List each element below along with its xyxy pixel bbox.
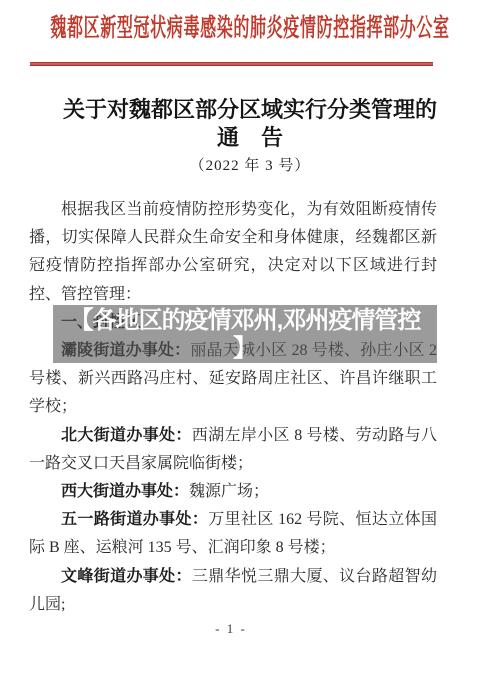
page-number: - 1 - — [0, 621, 462, 637]
watermark-text-line2: 】 — [233, 336, 257, 362]
notice-title-line1: 关于对魏都区部分区域实行分类管理的 — [20, 96, 480, 123]
entry-wenfeng: 文峰街道办事处：三鼎华悦三鼎大厦、议台路超智幼儿园; — [29, 563, 437, 619]
document-body: 根据我区当前疫情防控形势变化，为有效阻断疫情传播，切实保障人民群众生命安全和身体… — [29, 196, 437, 619]
office-name: 西大街道办事处： — [61, 483, 189, 500]
notice-title-line2: 通 告 — [20, 124, 480, 151]
office-name: 文峰街道办事处： — [61, 568, 192, 585]
red-divider-line — [30, 62, 433, 66]
entry-wuyilu: 五一路街道办事处：万里社区 162 号院、恒达立体国际 B 座、运粮河 135 … — [29, 506, 437, 562]
letterhead-title: 魏都区新型冠状病毒感染的肺炎疫情防控指挥部办公室 — [50, 13, 449, 45]
document-page: { "letterhead": { "title": "魏都区新型冠状病毒感染的… — [0, 0, 500, 678]
intro-paragraph: 根据我区当前疫情防控形势变化，为有效阻断疫情传播，切实保障人民群众生命安全和身体… — [29, 196, 437, 309]
entry-beida: 北大街道办事处：西湖左岸小区 8 号楼、劳动路与八一路交叉口天昌家属院临街楼； — [29, 422, 437, 478]
entry-xida: 西大街道办事处：魏源广场； — [29, 478, 437, 506]
doc-number: （2022 年 3 号） — [20, 154, 480, 175]
letterhead: 魏都区新型冠状病毒感染的肺炎疫情防控指挥部办公室 — [0, 13, 500, 45]
office-name: 五一路街道办事处： — [61, 511, 208, 528]
entry-areas: 魏源广场； — [189, 483, 269, 500]
watermark-overlay: 【各地区的疫情邓州,邓州疫情管控 】 — [53, 305, 437, 363]
office-name: 北大街道办事处： — [61, 427, 192, 444]
watermark-text-line1: 【各地区的疫情邓州,邓州疫情管控 — [70, 305, 421, 336]
